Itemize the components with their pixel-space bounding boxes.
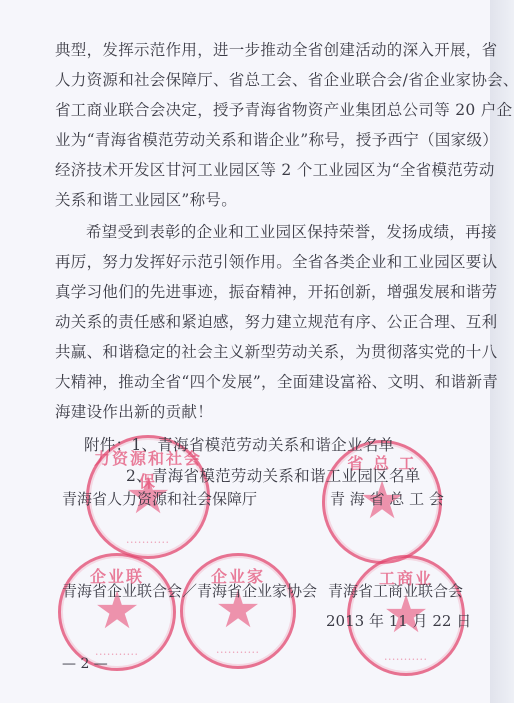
text-line: 动关系的责任感和紧迫感，努力建立规范有序、公正合理、互利 — [55, 310, 497, 332]
signatory-commerce: 青海省工商业联合会 — [328, 580, 463, 601]
seal-code: ••••••••••• — [183, 650, 293, 656]
text-line: 经济技术开发区甘河工业园区等 2 个工业园区为“全省模范劳动 — [55, 158, 495, 180]
attachment-2: 2、青海省模范劳动关系和谐工业园区名单 — [126, 464, 421, 486]
text-line: 典型，发挥示范作用，进一步推动全省创建活动的深入开展，省 — [55, 38, 497, 60]
signatory-union: 青 海 省 总 工 会 — [330, 488, 444, 509]
text-line: 共赢、和谐稳定的社会主义新型劳动关系，为贯彻落实党的十八 — [55, 340, 497, 362]
seal-code: ••••••••••• — [350, 657, 462, 663]
signatory-hrss: 青海省人力资源和社会保障厅 — [62, 488, 257, 509]
text-line: 大精神，推动全省“四个发展”，全面建设富裕、文明、和谐新青 — [55, 370, 498, 392]
enterprise-federation-seal: 企业联 ★ ••••••••••• — [58, 553, 176, 671]
text-line: 业为“青海省模范劳动关系和谐企业”称号，授予西宁（国家级） — [55, 128, 498, 150]
text-line: 人力资源和社会保障厅、省总工会、省企业联合会/省企业家协会、 — [55, 68, 514, 90]
issue-date: 2013 年 11 月 22 日 — [326, 610, 471, 631]
text-line: 海建设作出新的贡献！ — [55, 400, 213, 422]
text-line: 关系和谐工业园区”称号。 — [55, 188, 237, 210]
page-number: — 2 — — [62, 656, 108, 672]
text-line: 真学习他们的先进事迹，振奋精神，开拓创新，增强发展和谐劳 — [55, 280, 497, 302]
seal-code: ••••••••••• — [89, 540, 207, 546]
entrepreneur-association-seal: 企业家 ★ ••••••••••• — [180, 553, 296, 669]
attachment-1: 附件：1、青海省模范劳动关系和谐企业名单 — [84, 433, 394, 455]
text-line: 再厉，努力发挥好示范引领作用。全省各类企业和工业园区要认 — [55, 250, 497, 272]
signatory-enterprise: 青海省企业联合会／青海省企业家协会 — [62, 580, 317, 601]
text-line: 省工商业联合会决定，授予青海省物资产业集团总公司等 20 户企 — [55, 98, 512, 120]
text-line: 希望受到表彰的企业和工业园区保持荣誉，发扬成绩，再接 — [86, 220, 497, 242]
